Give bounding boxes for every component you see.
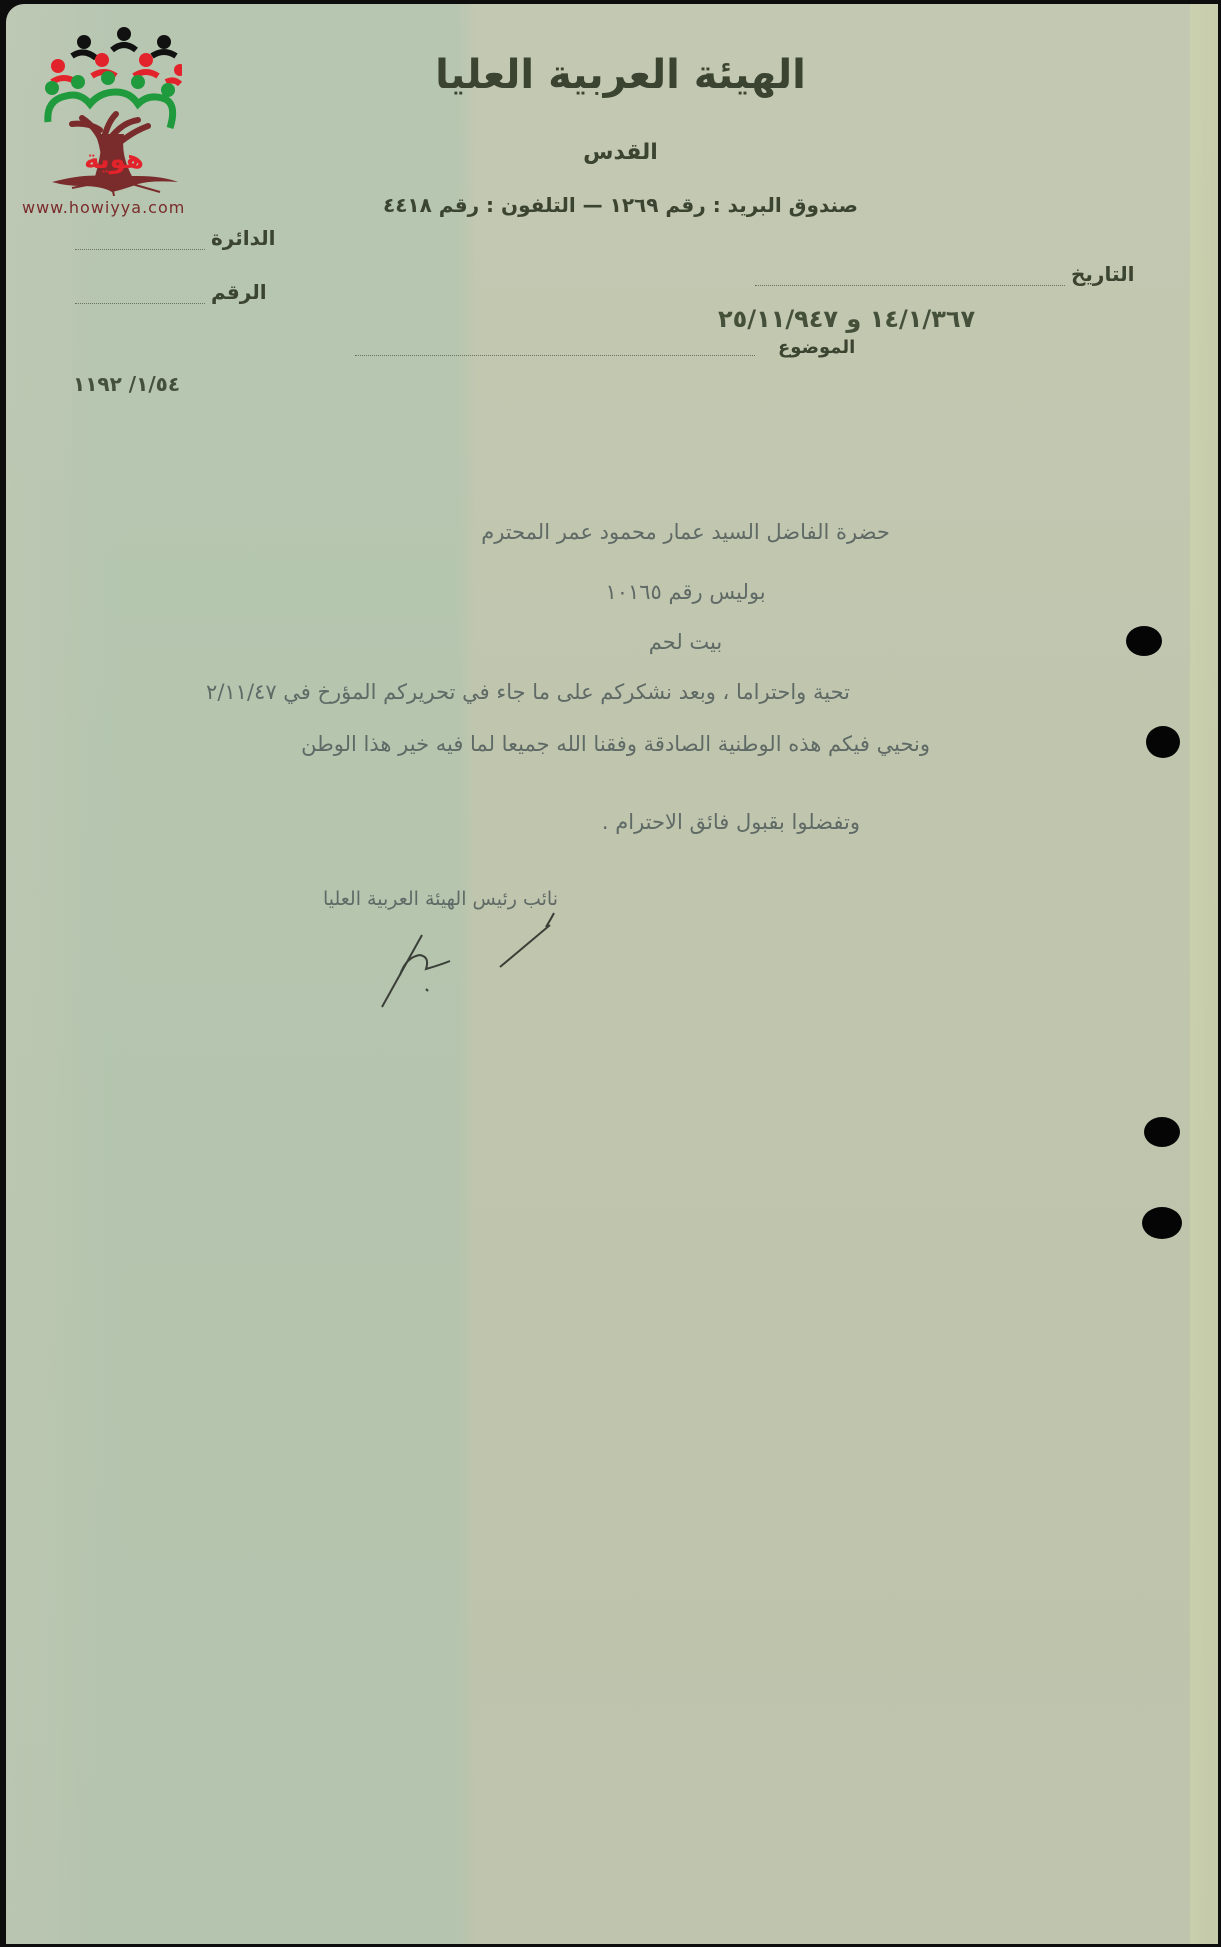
date-field: التاريخ xyxy=(755,262,1134,286)
letterhead-organization: الهيئة العربية العليا xyxy=(0,52,1221,98)
signature-icon xyxy=(370,895,570,1015)
number-line xyxy=(75,303,205,304)
addressee-location: بيت لحم xyxy=(0,630,1221,654)
body-line-1: تحية واحتراما ، وبعد نشكركم على ما جاء ف… xyxy=(100,680,850,704)
department-label: الدائرة xyxy=(211,226,276,250)
department-field: الدائرة xyxy=(75,226,276,250)
number-field: الرقم xyxy=(75,280,267,304)
date-line xyxy=(755,285,1065,286)
number-label: الرقم xyxy=(211,280,267,304)
punch-hole xyxy=(1144,1117,1180,1147)
punch-hole xyxy=(1142,1207,1182,1239)
reference-number: ١/٥٤/ ١١٩٢ xyxy=(73,372,180,396)
department-line xyxy=(75,249,205,250)
body-line-2: ونحيي فيكم هذه الوطنية الصادقة وفقنا الل… xyxy=(100,732,930,756)
date-value: ١٤/١/٣٦٧ و ٢٥/١١/٩٤٧ xyxy=(718,305,975,333)
subject-label: الموضوع xyxy=(778,337,855,358)
letterhead-contact: صندوق البريد : رقم ١٢٦٩ — التلفون : رقم … xyxy=(0,193,1221,217)
punch-hole xyxy=(1126,626,1162,656)
subject-line xyxy=(355,355,755,356)
punch-hole xyxy=(1146,726,1180,758)
closing: وتفضلوا بقبول فائق الاحترام . xyxy=(540,810,860,834)
page-edge-strip xyxy=(1190,4,1218,1944)
addressee: حضرة الفاضل السيد عمار محمود عمر المحترم xyxy=(0,520,1221,544)
addressee-police-number: بوليس رقم ١٠١٦٥ xyxy=(0,580,1221,604)
letterhead-city: القدس xyxy=(0,140,1221,165)
date-label: التاريخ xyxy=(1071,262,1134,286)
